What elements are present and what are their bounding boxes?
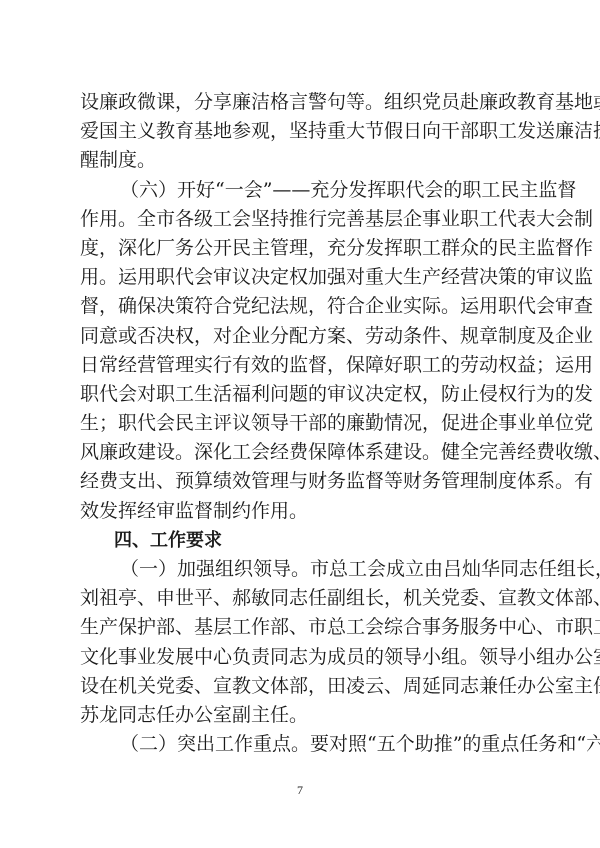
text-line: 督，确保决策符合党纪法规，符合企业实际。运用职代会审查 bbox=[80, 292, 520, 321]
text-line: 设廉政微课，分享廉洁格言警句等。组织党员赴廉政教育基地或 bbox=[80, 88, 520, 117]
text-line: 同意或否决权，对企业分配方案、劳动条件、规章制度及企业 bbox=[80, 322, 520, 351]
page-number: 7 bbox=[0, 783, 600, 798]
text-line: 文化事业发展中心负责同志为成员的领导小组。领导小组办公室 bbox=[80, 643, 520, 672]
text-line: 生；职代会民主评议领导干部的廉勤情况，促进企事业单位党 bbox=[80, 409, 520, 438]
text-line: 日常经营管理实行有效的监督，保障好职工的劳动权益；运用 bbox=[80, 351, 520, 380]
text-line: 效发挥经审监督制约作用。 bbox=[80, 497, 520, 526]
section-six-title-line: （六）开好“一会”——充分发挥职代会的职工民主监督 bbox=[80, 176, 520, 205]
subsection-two-line: （二）突出工作重点。要对照“五个助推”的重点任务和“六 bbox=[80, 730, 520, 759]
text-line: 风廉政建设。深化工会经费保障体系建设。健全完善经费收缴、 bbox=[80, 438, 520, 467]
text-line: 生产保护部、基层工作部、市总工会综合事务服务中心、市职工 bbox=[80, 613, 520, 642]
section-heading: 四、工作要求 bbox=[80, 526, 520, 555]
subsection-one-line: （一）加强组织领导。市总工会成立由吕灿华同志任组长， bbox=[80, 555, 520, 584]
text-line: 刘祖亭、申世平、郝敏同志任副组长，机关党委、宣教文体部、 bbox=[80, 584, 520, 613]
text-line: 醒制度。 bbox=[80, 146, 520, 175]
text-line: 苏龙同志任办公室副主任。 bbox=[80, 701, 520, 730]
text-line: 作用。全市各级工会坚持推行完善基层企事业职工代表大会制 bbox=[80, 205, 520, 234]
text-line: 爱国主义教育基地参观，坚持重大节假日向干部职工发送廉洁提 bbox=[80, 117, 520, 146]
document-body: 设廉政微课，分享廉洁格言警句等。组织党员赴廉政教育基地或 爱国主义教育基地参观，… bbox=[80, 88, 520, 759]
text-line: 经费支出、预算绩效管理与财务监督等财务管理制度体系。有 bbox=[80, 467, 520, 496]
text-line: 度，深化厂务公开民主管理，充分发挥职工群众的民主监督作 bbox=[80, 234, 520, 263]
text-line: 职代会对职工生活福利问题的审议决定权，防止侵权行为的发 bbox=[80, 380, 520, 409]
document-page: 设廉政微课，分享廉洁格言警句等。组织党员赴廉政教育基地或 爱国主义教育基地参观，… bbox=[0, 0, 600, 848]
text-line: 设在机关党委、宣教文体部，田凌云、周延同志兼任办公室主任， bbox=[80, 672, 520, 701]
text-line: 用。运用职代会审议决定权加强对重大生产经营决策的审议监 bbox=[80, 263, 520, 292]
